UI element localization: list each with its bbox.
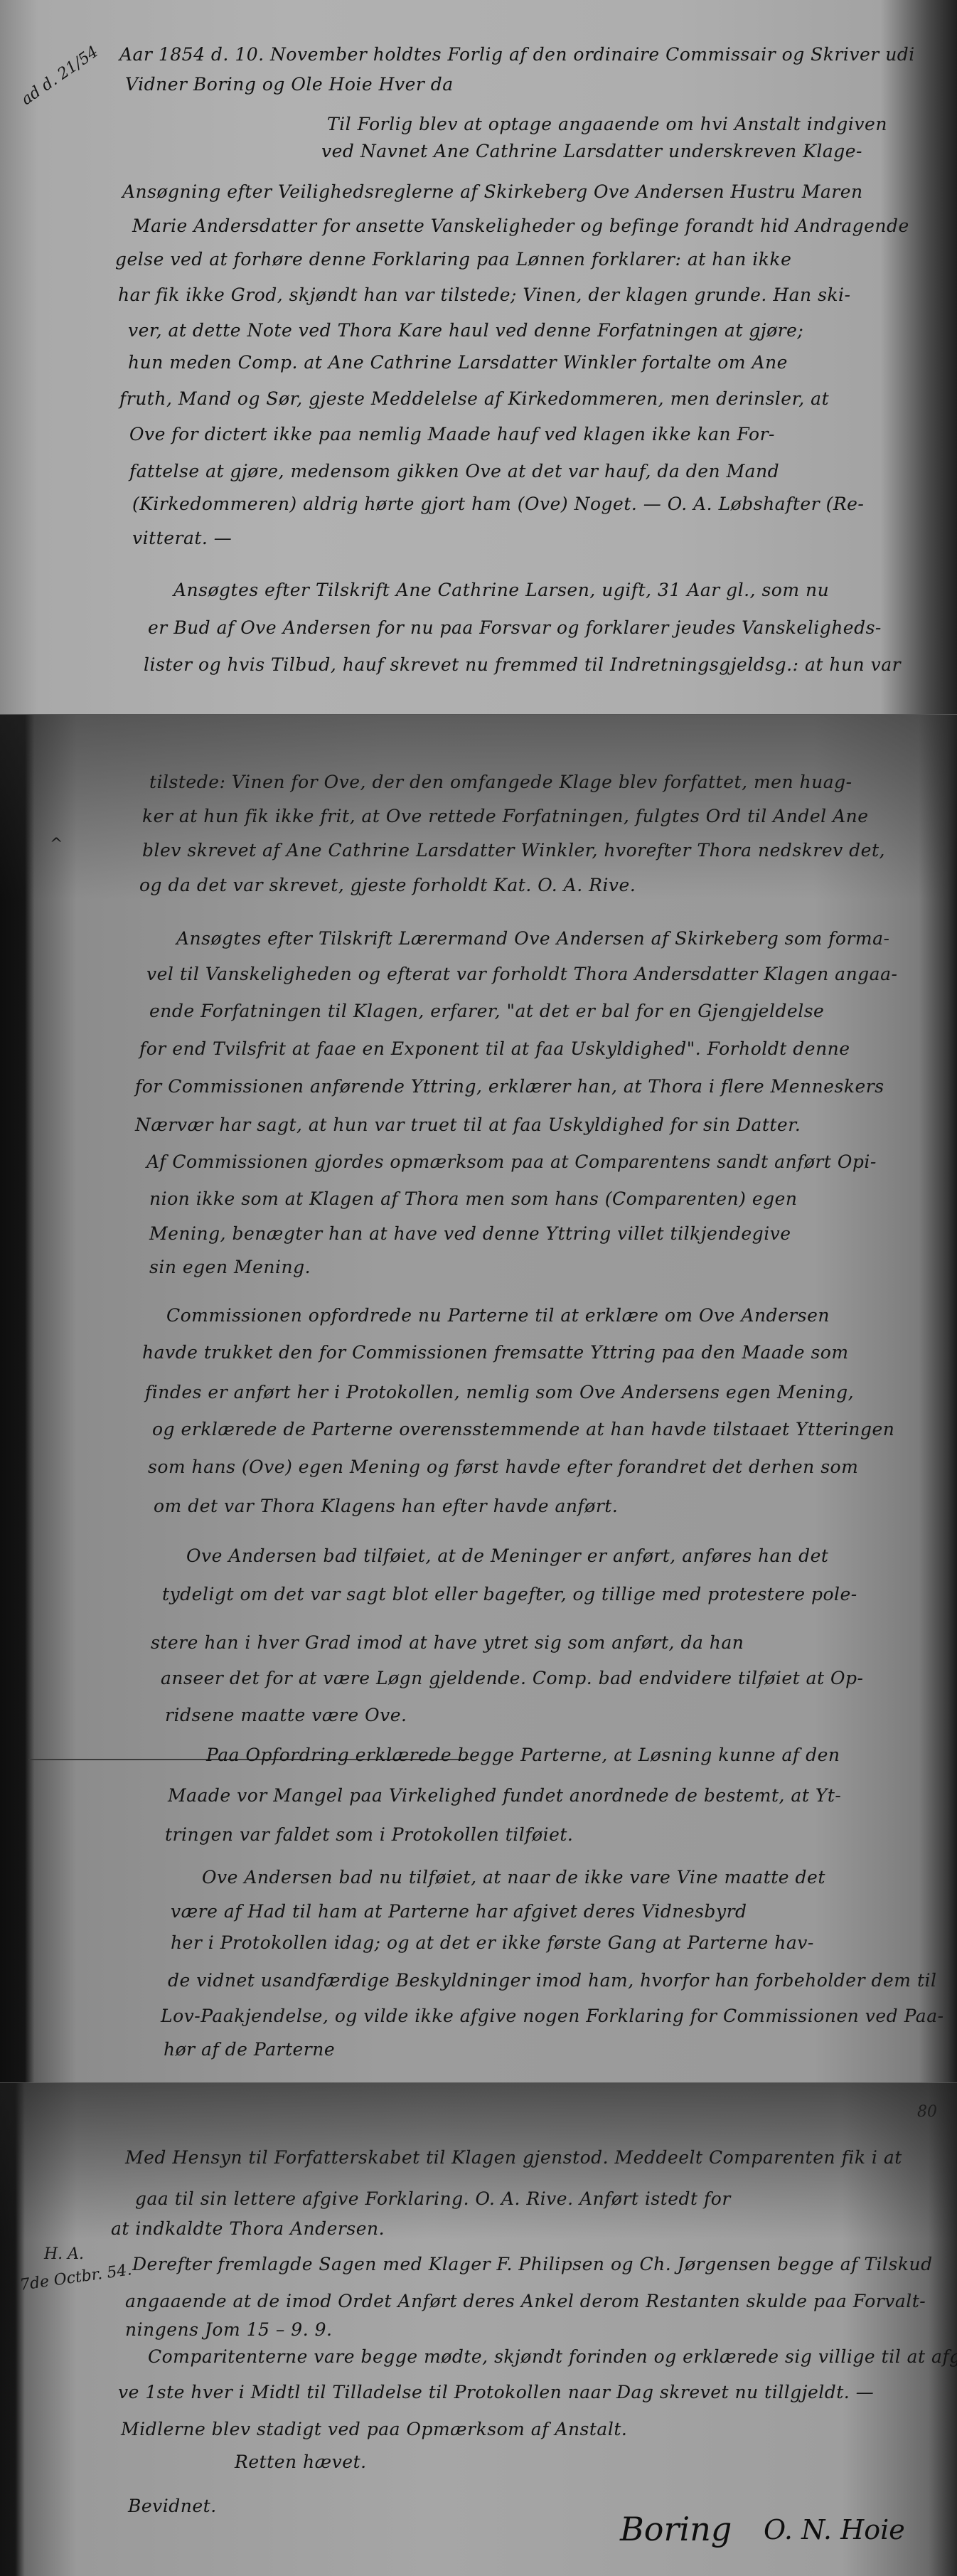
text-line: hør af de Parterne xyxy=(164,2039,335,2060)
text-line: ker at hun fik ikke frit, at Ove rettede… xyxy=(142,806,869,826)
text-line: Aar 1854 d. 10. November holdtes Forlig … xyxy=(119,44,915,65)
text-line: Ansøgning efter Veilighedsreglerne af Sk… xyxy=(122,181,863,202)
text-line: ningens Jom 15 – 9. 9. xyxy=(125,2319,332,2340)
text-line: og erklærede de Parterne overensstemmend… xyxy=(152,1419,894,1439)
text-line: tilstede: Vinen for Ove, der den omfange… xyxy=(149,772,852,792)
text-line: nion ikke som at Klagen af Thora men som… xyxy=(149,1188,798,1209)
text-line-underlined: Paa Opfordring erklærede begge Parterne,… xyxy=(206,1745,840,1765)
text-line: være af Had til ham at Parterne har afgi… xyxy=(171,1901,747,1922)
signature-hoie: O. N. Hoie xyxy=(764,2514,905,2545)
text-line: har fik ikke Grod, skjøndt han var tilst… xyxy=(118,284,851,305)
text-line: er Bud af Ove Andersen for nu paa Forsva… xyxy=(148,617,882,638)
text-line: hun meden Comp. at Ane Cathrine Larsdatt… xyxy=(128,352,788,373)
text-line: Ove for dictert ikke paa nemlig Maade ha… xyxy=(129,424,775,445)
text-line: Nærvær har sagt, at hun var truet til at… xyxy=(135,1114,801,1135)
text-line: fattelse at gjøre, medensom gikken Ove a… xyxy=(129,461,779,481)
text-line: tringen var faldet som i Protokollen til… xyxy=(165,1824,573,1845)
text-line: angaaende at de imod Ordet Anført deres … xyxy=(125,2291,926,2311)
text-line: de vidnet usandfærdige Beskyldninger imo… xyxy=(168,1970,936,1991)
text-line: ridsene maatte være Ove. xyxy=(165,1705,407,1725)
text-line: anseer det for at være Løgn gjeldende. C… xyxy=(161,1668,864,1688)
text-line: ende Forfatningen til Klagen, erfarer, "… xyxy=(149,1001,824,1021)
text-line: havde trukket den for Commissionen frems… xyxy=(142,1342,849,1363)
document-page-1: ad d. 21/54 Aar 1854 d. 10. November hol… xyxy=(0,0,957,715)
text-line: blev skrevet af Ane Cathrine Larsdatter … xyxy=(142,840,885,861)
text-line: Til Forlig blev at optage angaaende om h… xyxy=(327,114,887,134)
text-line: Ansøgtes efter Tilskrift Ane Cathrine La… xyxy=(173,580,829,600)
text-line: Maade vor Mangel paa Virkelighed fundet … xyxy=(168,1785,841,1806)
text-line: ve 1ste hver i Midtl til Tilladelse til … xyxy=(118,2382,874,2402)
text-line: findes er anført her i Protokollen, neml… xyxy=(145,1382,854,1403)
text-line: Lov-Paakjendelse, og vilde ikke afgive n… xyxy=(161,2006,944,2026)
text-line: Midlerne blev stadigt ved paa Opmærksom … xyxy=(121,2419,627,2439)
text-line: stere han i hver Grad imod at have ytret… xyxy=(151,1632,744,1653)
closing-word: Bevidnet. xyxy=(128,2496,217,2516)
text-line: som hans (Ove) egen Mening og først havd… xyxy=(148,1457,858,1477)
text-line: Ove Andersen bad tilføiet, at de Meninge… xyxy=(186,1545,828,1566)
text-line: Retten hævet. xyxy=(235,2452,367,2472)
text-line: og da det var skrevet, gjeste forholdt K… xyxy=(139,875,636,895)
text-line: fruth, Mand og Sør, gjeste Meddelelse af… xyxy=(119,388,829,409)
text-line: Vidner Boring og Ole Hoie Hver da xyxy=(125,74,454,95)
text-line: ved Navnet Ane Cathrine Larsdatter under… xyxy=(321,141,862,161)
margin-mark: ^ xyxy=(50,836,63,853)
text-line: her i Protokollen idag; og at det er ikk… xyxy=(171,1932,814,1953)
text-line: vitterat. — xyxy=(132,528,232,548)
document-page-3: 80 H. A. 7de Octbr. 54. Med Hensyn til F… xyxy=(0,2083,957,2576)
document-page-2: ^ tilstede: Vinen for Ove, der den omfan… xyxy=(0,715,957,2083)
text-line: om det var Thora Klagens han efter havde… xyxy=(154,1496,618,1516)
signature-boring: Boring xyxy=(620,2510,732,2548)
text-line: gaa til sin lettere afgive Forklaring. O… xyxy=(135,2188,731,2209)
text-line: Ove Andersen bad nu tilføiet, at naar de… xyxy=(202,1867,825,1888)
text-line: gelse ved at forhøre denne Forklaring pa… xyxy=(115,249,791,270)
text-line: (Kirkedommeren) aldrig hørte gjort ham (… xyxy=(132,494,864,514)
text-line: Af Commissionen gjordes opmærksom paa at… xyxy=(146,1151,877,1172)
text-line: Derefter fremlagde Sagen med Klager F. P… xyxy=(132,2254,933,2274)
text-line: for Commissionen anførende Yttring, erkl… xyxy=(135,1076,884,1097)
page-number: 80 xyxy=(917,2103,937,2121)
text-line: Med Hensyn til Forfatterskabet til Klage… xyxy=(125,2147,902,2168)
margin-note-date: ad d. 21/54 xyxy=(18,43,102,109)
text-line: Commissionen opfordrede nu Parterne til … xyxy=(166,1305,830,1326)
text-line: ver, at dette Note ved Thora Kare haul v… xyxy=(128,320,803,341)
text-line: for end Tvilsfrit at faae en Exponent ti… xyxy=(139,1038,850,1059)
text-line: lister og hvis Tilbud, hauf skrevet nu f… xyxy=(144,654,901,675)
text-line: sin egen Mening. xyxy=(149,1257,311,1277)
margin-note-date: 7de Octbr. 54. xyxy=(19,2261,133,2294)
text-line: Marie Andersdatter for ansette Vanskelig… xyxy=(132,215,909,236)
text-line: tydeligt om det var sagt blot eller bage… xyxy=(162,1584,857,1604)
text-line: at indkaldte Thora Andersen. xyxy=(111,2218,385,2239)
text-line: Ansøgtes efter Tilskrift Lærermand Ove A… xyxy=(176,928,890,949)
text-line: Comparitenterne vare begge mødte, skjønd… xyxy=(148,2346,957,2367)
text-line: vel til Vanskeligheden og efterat var fo… xyxy=(146,964,897,984)
text-line: Mening, benægter han at have ved denne Y… xyxy=(149,1223,791,1244)
margin-note-initials: H. A. xyxy=(44,2245,84,2263)
